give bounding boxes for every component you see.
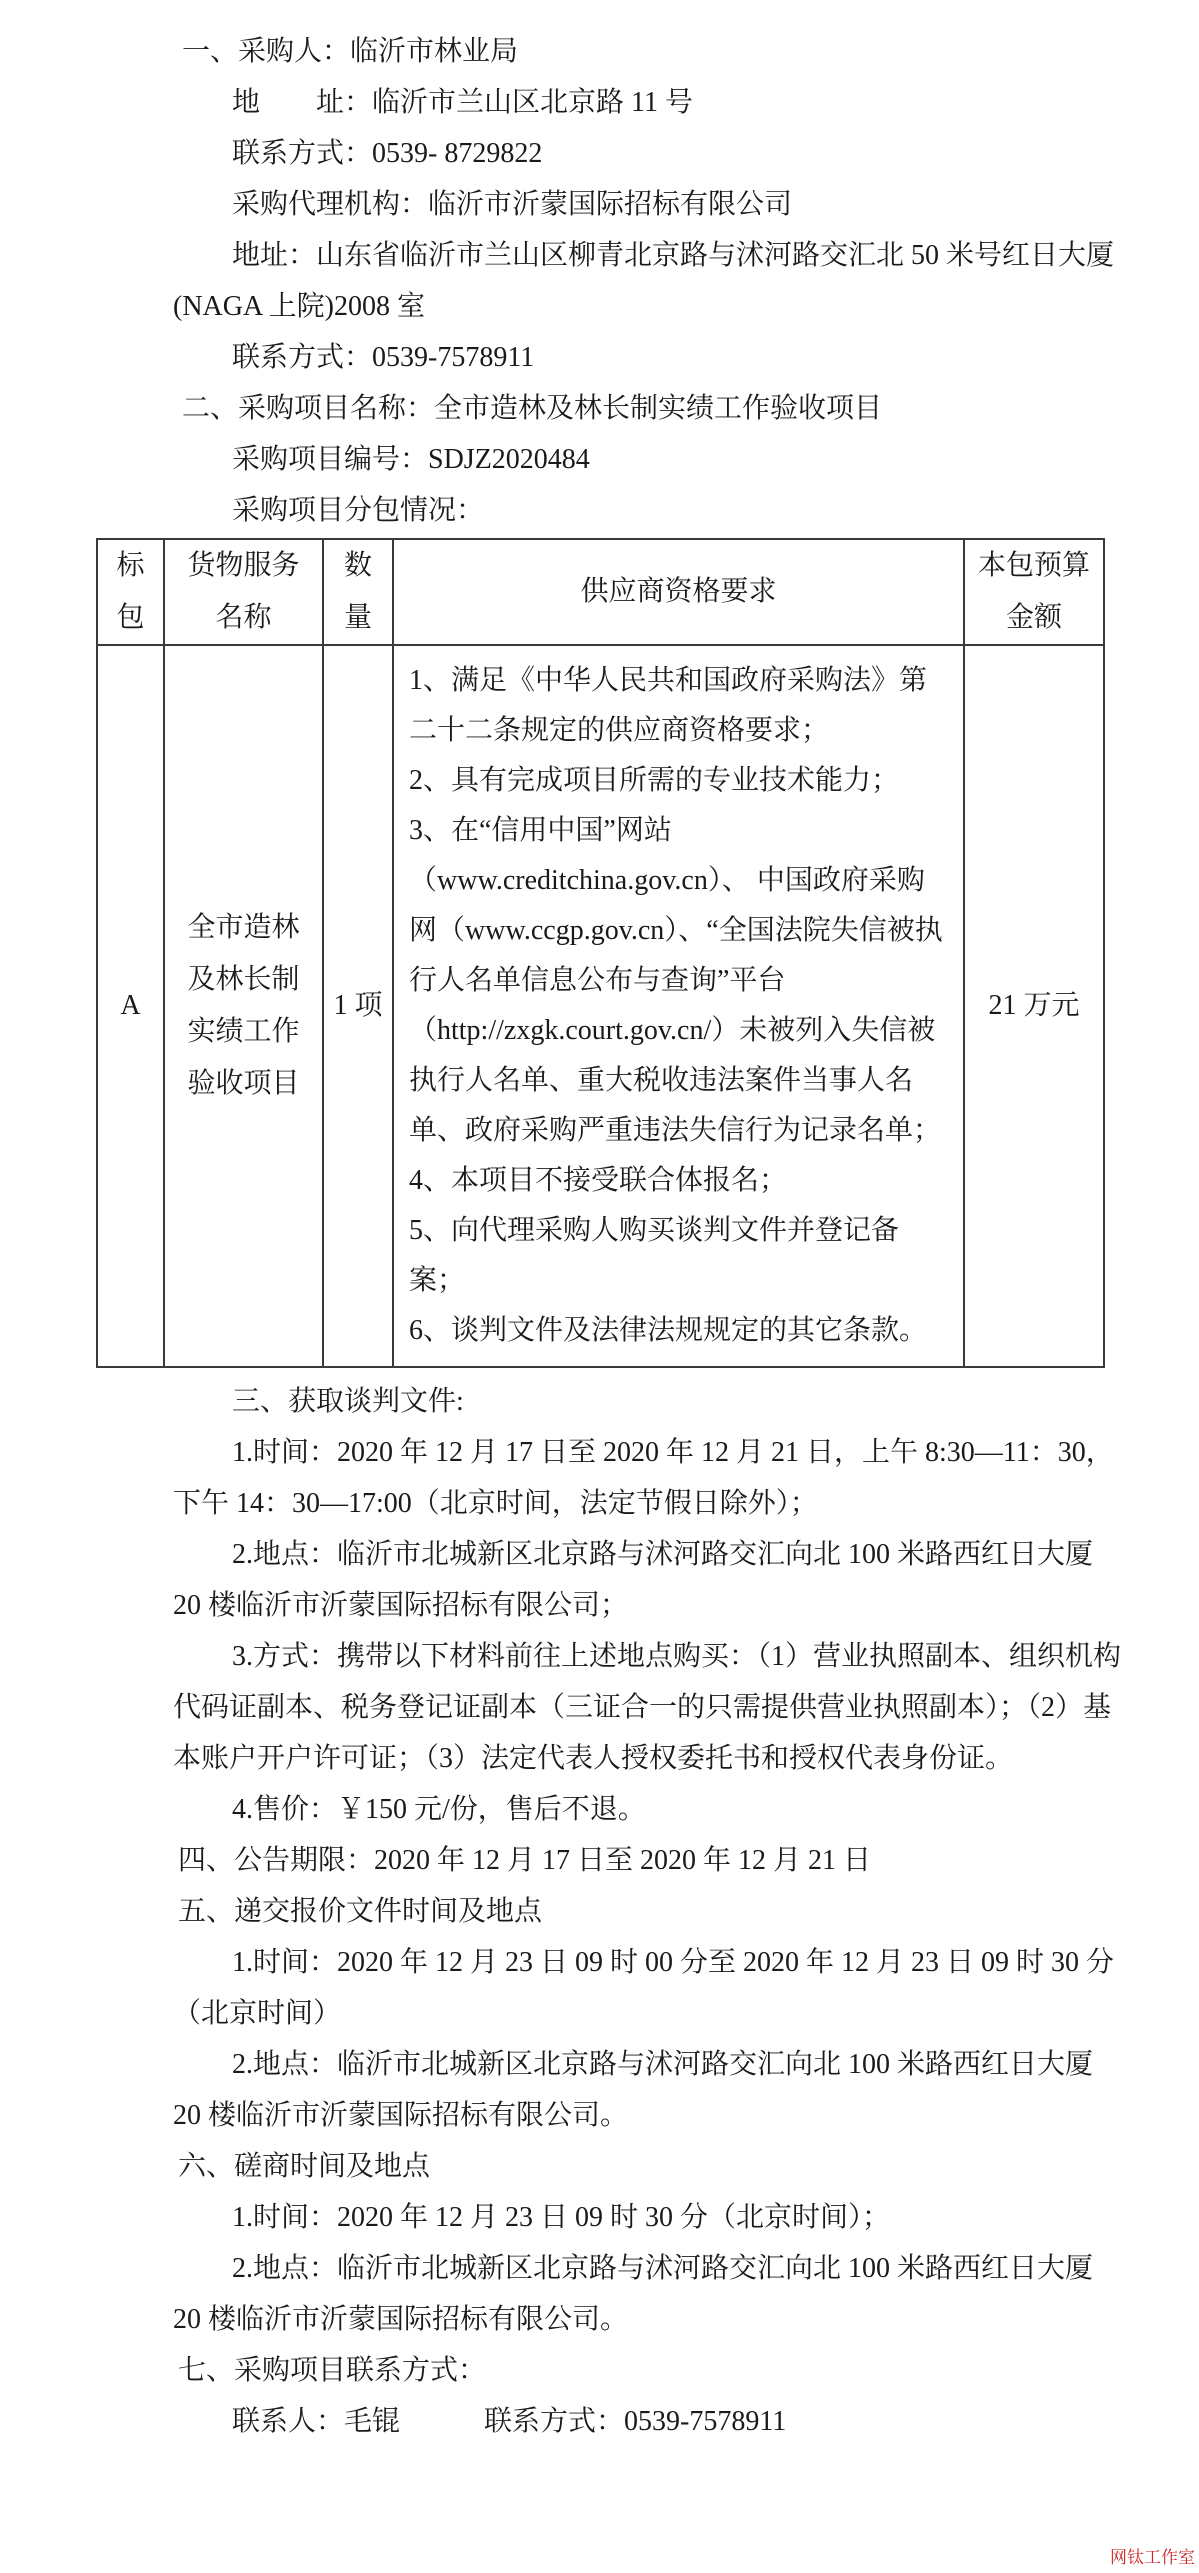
section3-time-line: 1.时间：2020 年 12 月 17 日至 2020 年 12 月 21 日，… [173, 1427, 1125, 1529]
requirement-item-6: 6、谈判文件及法律法规规定的其它条款。 [409, 1306, 951, 1356]
section3-place-line: 2.地点：临沂市北城新区北京路与沭河路交汇向北 100 米路西红日大厦 20 楼… [173, 1529, 1125, 1631]
requirement-item-1: 1、满足《中华人民共和国政府采购法》第二十二条规定的供应商资格要求； [409, 656, 951, 756]
section3-heading: 三、获取谈判文件: [173, 1376, 1125, 1427]
section5-place-line: 2.地点：临沂市北城新区北京路与沭河路交汇向北 100 米路西红日大厦 20 楼… [173, 2039, 1125, 2141]
cell-supplier-requirements: 1、满足《中华人民共和国政府采购法》第二十二条规定的供应商资格要求； 2、具有完… [393, 645, 964, 1367]
agency-line: 采购代理机构：临沂市沂蒙国际招标有限公司 [173, 179, 1125, 230]
section6-place-line: 2.地点：临沂市北城新区北京路与沭河路交汇向北 100 米路西红日大厦 20 楼… [173, 2243, 1125, 2345]
requirement-item-3: 3、在“信用中国”网站（www.creditchina.gov.cn）、 中国政… [409, 806, 951, 1156]
section7-contact-line: 联系人：毛锟 联系方式：0539-7578911 [173, 2396, 1125, 2447]
section7-heading: 七、采购项目联系方式： [173, 2345, 1125, 2396]
procurement-announcement-document: 一、采购人：临沂市林业局 地 址：临沂市兰山区北京路 11 号 联系方式：053… [0, 0, 1199, 2573]
cell-quantity: 1 项 [323, 645, 393, 1367]
table-header-row: 标 包 货物服务 名称 数 量 供应商资格要求 本包预算 金额 [97, 539, 1104, 645]
col-header-package: 标 包 [97, 539, 164, 645]
requirement-item-5: 5、向代理采购人购买谈判文件并登记备案； [409, 1206, 951, 1306]
cell-budget-amount: 21 万元 [964, 645, 1104, 1367]
col-header-goods-name: 货物服务 名称 [164, 539, 323, 645]
cell-goods-name: 全市造林及林长制实绩工作验收项目 [164, 645, 323, 1367]
project-number-line: 采购项目编号：SDJZ2020484 [173, 434, 1125, 485]
requirement-item-2: 2、具有完成项目所需的专业技术能力； [409, 756, 951, 806]
section5-heading: 五、递交报价文件时间及地点 [173, 1886, 1125, 1937]
subpackage-label-line: 采购项目分包情况： [173, 485, 1125, 536]
section4-heading: 四、公告期限：2020 年 12 月 17 日至 2020 年 12 月 21 … [173, 1835, 1125, 1886]
section6-heading: 六、磋商时间及地点 [173, 2141, 1125, 2192]
section6-time-line: 1.时间：2020 年 12 月 23 日 09 时 30 分（北京时间）； [173, 2192, 1125, 2243]
section3-price-line: 4.售价：￥150 元/份，售后不退。 [173, 1784, 1125, 1835]
col-header-quantity: 数 量 [323, 539, 393, 645]
buyer-address-line: 地 址：临沂市兰山区北京路 11 号 [173, 77, 1125, 128]
section3-method-line: 3.方式：携带以下材料前往上述地点购买：（1）营业执照副本、组织机构代码证副本、… [173, 1631, 1125, 1784]
section5-time-line: 1.时间：2020 年 12 月 23 日 09 时 00 分至 2020 年 … [173, 1937, 1125, 2039]
table-row: A 全市造林及林长制实绩工作验收项目 1 项 1、满足《中华人民共和国政府采购法… [97, 645, 1104, 1367]
subpackage-table: 标 包 货物服务 名称 数 量 供应商资格要求 本包预算 金额 A 全市造林及林… [96, 538, 1105, 1368]
col-header-budget: 本包预算 金额 [964, 539, 1104, 645]
section1-heading: 一、采购人：临沂市林业局 [173, 26, 1125, 77]
col-header-supplier-requirements: 供应商资格要求 [393, 539, 964, 645]
agency-contact-line: 联系方式：0539-7578911 [173, 332, 1125, 383]
requirement-item-4: 4、本项目不接受联合体报名； [409, 1156, 951, 1206]
section2-heading: 二、采购项目名称：全市造林及林长制实绩工作验收项目 [173, 383, 1125, 434]
watermark: 网钛工作室 [1110, 2548, 1195, 2568]
agency-address-line: 地址：山东省临沂市兰山区柳青北京路与沭河路交汇北 50 米号红日大厦(NAGA … [173, 230, 1125, 332]
cell-package-id: A [97, 645, 164, 1367]
buyer-contact-line: 联系方式：0539- 8729822 [173, 128, 1125, 179]
